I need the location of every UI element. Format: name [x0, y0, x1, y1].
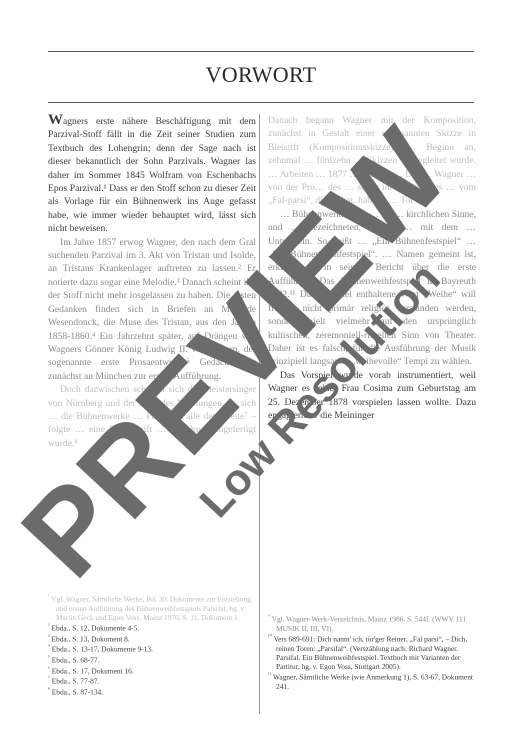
footnote: ⁴ Ebda., S. 13-17, Dokumente 9-13. [48, 643, 256, 654]
footnote: ¹ Vgl. Wagner, Sämtliche Werke, Bd. 30: … [48, 593, 256, 622]
drop-cap: W [48, 112, 63, 128]
footnote: ³ Ebda., S. 13, Dokument 8. [48, 633, 256, 644]
paragraph-r2: … Bühnenwerke nicht … im … kirchlichen S… [268, 208, 476, 369]
top-rule [48, 51, 474, 52]
footnote: ⁸ Ebda., S. 87-134. [48, 686, 256, 697]
footnote: ⁵ Ebda., S. 68-77. [48, 654, 256, 665]
paragraph-2: Im Jahre 1857 erwog Wagner, den nach dem… [48, 236, 256, 383]
paragraph-r3: Das Vorspiel wurde vorab instrumentiert,… [268, 369, 476, 423]
footnote: ⁷ Ebda., S. 77-87. [48, 675, 256, 686]
page-title: VORWORT [48, 62, 474, 88]
column-divider [259, 114, 260, 714]
right-column: Danach begann Wagner mit der Komposition… [268, 114, 476, 422]
paragraph-1: Wagners erste nähere Beschäftigung mit d… [48, 114, 256, 236]
footnotes-right: ⁹ Vgl. Wagner-Werk-Verzeichnis, Mainz 19… [268, 613, 476, 691]
title-rule [48, 102, 474, 103]
left-column: Wagners erste nähere Beschäftigung mit d… [48, 114, 256, 450]
footnote: ¹¹ Wagner, Sämtliche Werke (wie Anmerkun… [268, 671, 476, 691]
footnote: ⁹ Vgl. Wagner-Werk-Verzeichnis, Mainz 19… [268, 613, 476, 633]
footnotes-left: ¹ Vgl. Wagner, Sämtliche Werke, Bd. 30: … [48, 593, 256, 697]
paragraph-r1: Danach begann Wagner mit der Komposition… [268, 114, 476, 208]
footnote: ⁶ Ebda., S. 17, Dokument 16. [48, 665, 256, 676]
footnote: ¹⁰ Vers 689-691: Dich nannt' ich, tör'ge… [268, 633, 476, 671]
footnote: ² Ebda., S. 12, Dokumente 4-5. [48, 622, 256, 633]
document-page: VORWORT Wagners erste nähere Beschäftigu… [0, 0, 530, 750]
paragraph-3: Doch dazwischen schoben sich die Meister… [48, 383, 256, 450]
